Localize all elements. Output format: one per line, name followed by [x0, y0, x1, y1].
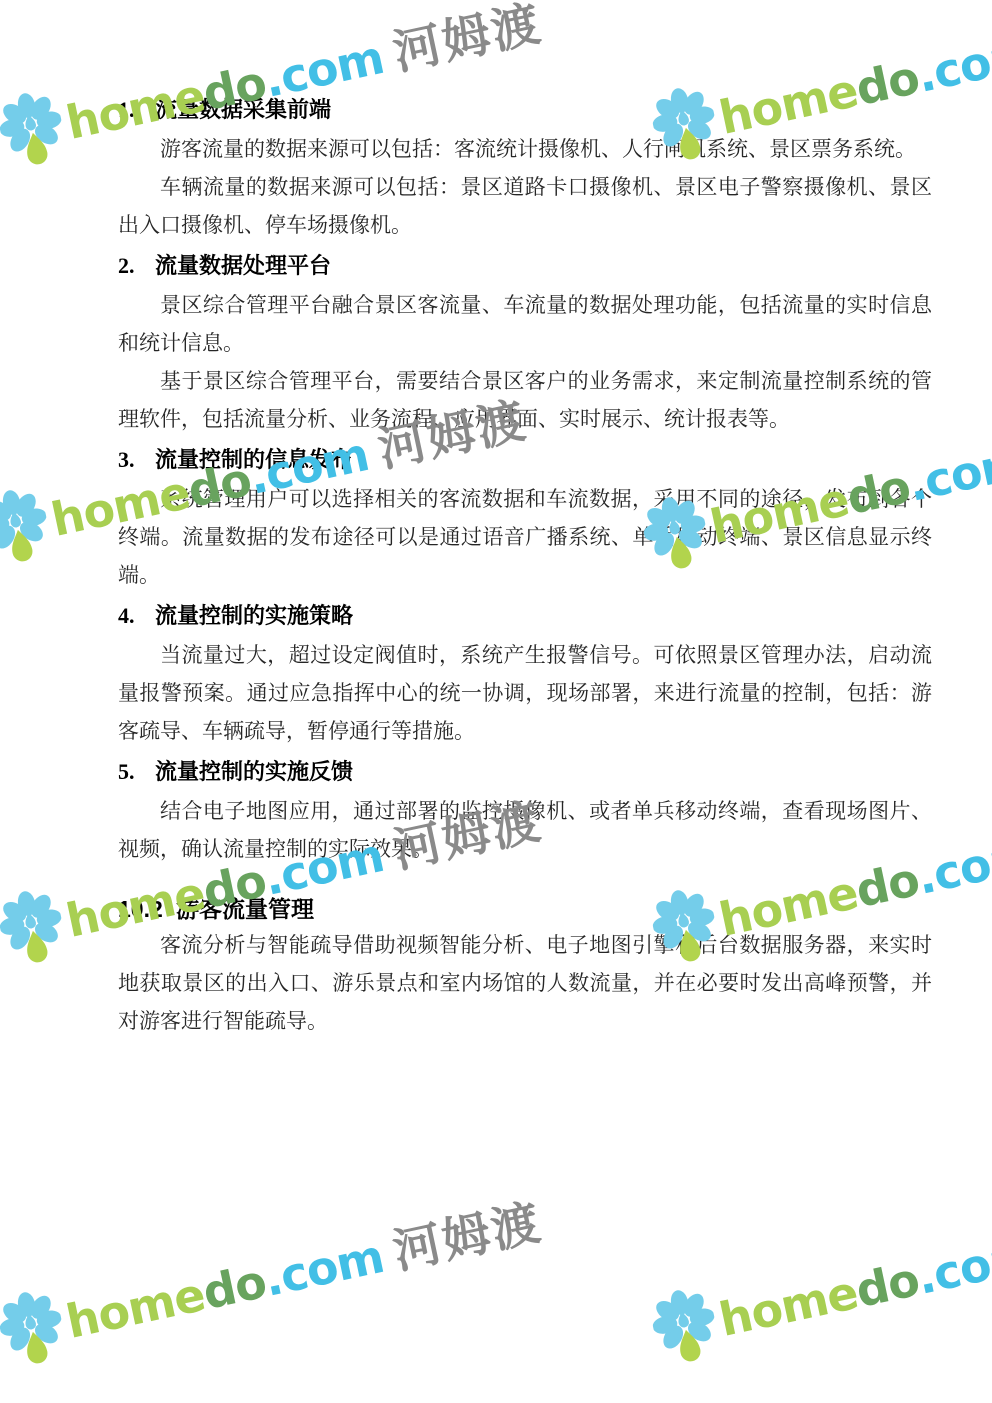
heading-title: 流量数据处理平台: [155, 253, 331, 278]
heading-number: 3.: [118, 440, 155, 480]
paragraph-platform-customization: 基于景区综合管理平台，需要结合景区客户的业务需求，来定制流量控制系统的管理软件，…: [118, 362, 932, 438]
heading-title: 流量控制的实施策略: [155, 603, 353, 628]
watermark-cn-text: 河姆渡: [388, 1194, 546, 1280]
heading-3-info-release: 3.流量控制的信息发布: [118, 440, 932, 480]
heading-1-flow-data-collection: 1.流量数据采集前端: [118, 90, 932, 130]
homedo-watermark-text: homedo.com河姆渡: [62, 1198, 546, 1346]
heading-number: 1.: [118, 90, 155, 130]
document-body: 1.流量数据采集前端 游客流量的数据来源可以包括：客流统计摄像机、人行闸机系统、…: [118, 88, 932, 1040]
homedo-watermark-text: homedo.com河姆渡: [715, 1196, 992, 1344]
watermark-home-text: home: [62, 1267, 210, 1349]
paragraph-visitor-flow-sources: 游客流量的数据来源可以包括：客流统计摄像机、人行闸机系统、景区票务系统。: [118, 130, 932, 168]
heading-title: 流量控制的实施反馈: [155, 759, 353, 784]
heading-title: 流量控制的信息发布: [155, 447, 353, 472]
section-heading-10-2-visitor-flow-management: 10.2游客流量管理: [118, 892, 932, 926]
heading-number: 4.: [118, 596, 155, 636]
homedo-flower-logo-icon: [0, 86, 70, 175]
heading-number: 5.: [118, 752, 155, 792]
watermark-do-text: do: [851, 1252, 923, 1318]
paragraph-vehicle-flow-sources: 车辆流量的数据来源可以包括：景区道路卡口摄像机、景区电子警察摄像机、景区出入口摄…: [118, 168, 932, 244]
watermark-com-text: .com: [259, 1229, 388, 1307]
watermark-do-text: do: [198, 1254, 270, 1320]
paragraph-platform-fusion: 景区综合管理平台融合景区客流量、车流量的数据处理功能，包括流量的实时信息和统计信…: [118, 286, 932, 362]
homedo-watermark: homedo.com河姆渡: [0, 1183, 549, 1376]
homedo-flower-logo-icon: [0, 884, 70, 973]
section-number: 10.2: [118, 892, 176, 926]
watermark-home-text: home: [715, 1265, 863, 1347]
homedo-flower-logo-icon: [0, 1285, 70, 1374]
homedo-watermark: homedo.com河姆渡: [646, 1181, 992, 1374]
paragraph-feedback: 结合电子地图应用，通过部署的监控摄像机、或者单兵移动终端，查看现场图片、视频，确…: [118, 792, 932, 868]
watermark-cn-text: 河姆渡: [388, 0, 546, 81]
heading-4-control-strategy: 4.流量控制的实施策略: [118, 596, 932, 636]
document-page: 1.流量数据采集前端 游客流量的数据来源可以包括：客流统计摄像机、人行闸机系统、…: [0, 0, 992, 1403]
section-title: 游客流量管理: [176, 896, 314, 922]
paragraph-release-channels: 系统管理用户可以选择相关的客流数据和车流数据，采用不同的途径，发布到各个终端。流…: [118, 480, 932, 594]
homedo-flower-logo-icon: [0, 483, 55, 572]
heading-2-flow-data-platform: 2.流量数据处理平台: [118, 246, 932, 286]
paragraph-alarm-strategy: 当流量过大，超过设定阀值时，系统产生报警信号。可依照景区管理办法，启动流量报警预…: [118, 636, 932, 750]
heading-title: 流量数据采集前端: [155, 97, 331, 122]
heading-5-control-feedback: 5.流量控制的实施反馈: [118, 752, 932, 792]
heading-number: 2.: [118, 246, 155, 286]
homedo-flower-logo-icon: [647, 1283, 724, 1372]
paragraph-visitor-flow-management: 客流分析与智能疏导借助视频智能分析、电子地图引擎和后台数据服务器，来实时地获取景…: [118, 926, 932, 1040]
watermark-com-text: .com: [912, 1227, 992, 1305]
